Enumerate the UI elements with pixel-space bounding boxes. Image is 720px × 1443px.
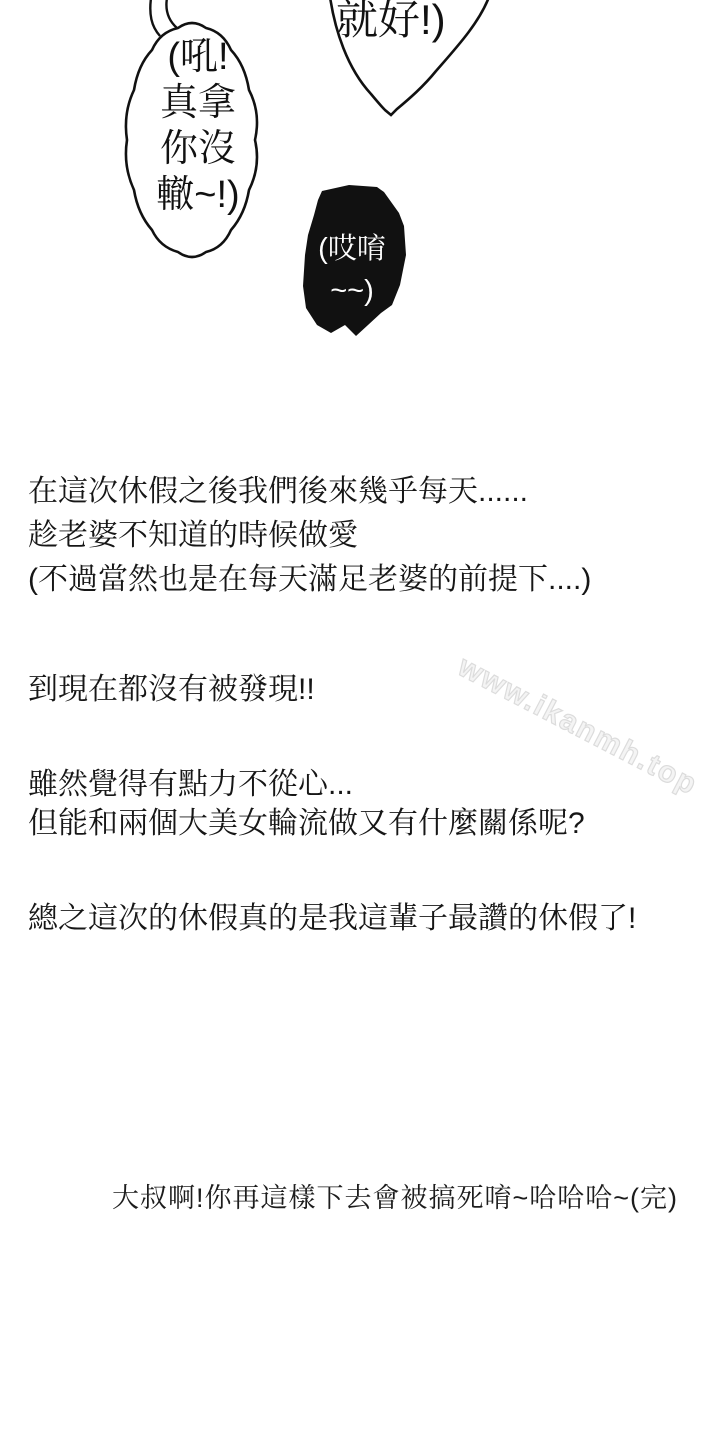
narration-paragraph-2: 到現在都沒有被發現!! xyxy=(28,668,315,712)
closing-handwritten-line: 大叔啊!你再這樣下去會被搞死唷~哈哈哈~(完) xyxy=(112,1178,678,1218)
cloud-bubble-line: 轍~!) xyxy=(126,172,270,218)
cloud-bubble-line: 你沒 xyxy=(126,126,270,172)
top-bubble-text: 就好!) xyxy=(336,0,446,44)
cloud-bubble-line: (吼! xyxy=(126,34,270,80)
narration-line: 趁老婆不知道的時候做愛 xyxy=(28,514,591,558)
narration-line: 總之這次的休假真的是我這輩子最讚的休假了! xyxy=(28,897,636,941)
narration-paragraph-3: 雖然覺得有點力不從心... 但能和兩個大美女輪流做又有什麼關係呢? xyxy=(28,765,585,843)
narration-paragraph-4: 總之這次的休假真的是我這輩子最讚的休假了! xyxy=(28,897,636,941)
cloud-bubble-line: 真拿 xyxy=(126,80,270,126)
narration-paragraph-1: 在這次休假之後我們後來幾乎每天...... 趁老婆不知道的時候做愛 (不過當然也… xyxy=(28,470,591,602)
narration-line: (不過當然也是在每天滿足老婆的前提下....) xyxy=(28,558,591,602)
burst-bubble-line: (哎唷 xyxy=(299,228,405,270)
narration-line: 但能和兩個大美女輪流做又有什麼關係呢? xyxy=(28,804,585,843)
cloud-bubble-tail xyxy=(150,0,160,36)
burst-bubble-text: (哎唷 ~~) xyxy=(299,228,405,312)
comic-page: (吼! 真拿 你沒 轍~!) 就好!) (哎唷 ~~) 在這次休假之後我們後來幾… xyxy=(0,0,720,1443)
narration-line: 到現在都沒有被發現!! xyxy=(28,668,315,712)
narration-line: 雖然覺得有點力不從心... xyxy=(28,765,585,804)
narration-line: 在這次休假之後我們後來幾乎每天...... xyxy=(28,470,591,514)
cloud-bubble-text: (吼! 真拿 你沒 轍~!) xyxy=(126,34,270,218)
cloud-bubble-tail2 xyxy=(166,0,177,28)
burst-bubble-line: ~~) xyxy=(299,270,405,312)
